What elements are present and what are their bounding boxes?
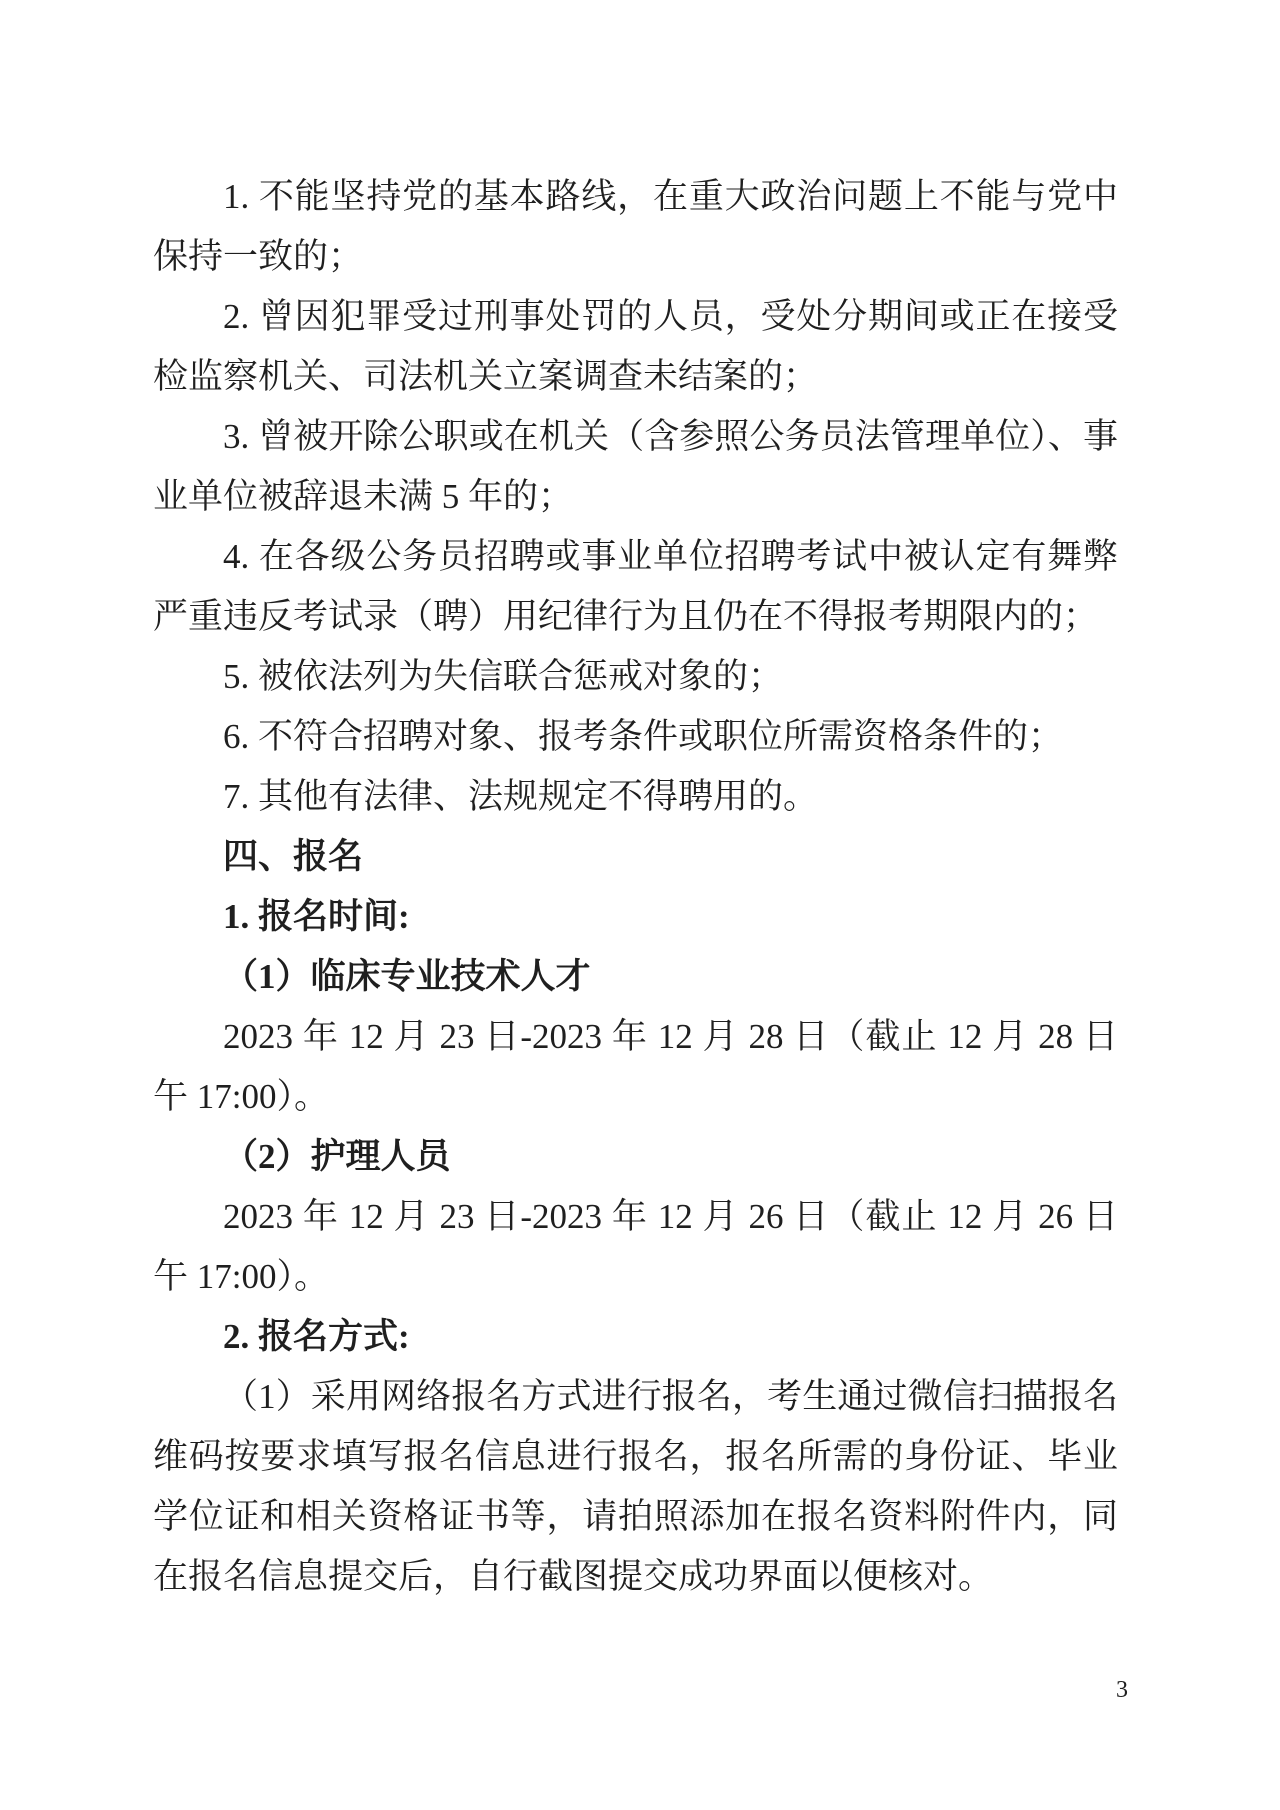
text-line: 学位证和相关资格证书等，请拍照添加在报名资料附件内，同时 [153,1487,1118,1547]
text-line: 维码按要求填写报名信息进行报名，报名所需的身份证、毕业证、 [153,1427,1118,1487]
text-line: 1. 不能坚持党的基本路线，在重大政治问题上不能与党中央 [153,167,1118,227]
page-number: 3 [1100,1677,1144,1704]
text-line: 午 17:00）。 [153,1247,1118,1307]
text-line: 在报名信息提交后，自行截图提交成功界面以便核对。 [153,1547,1118,1607]
text-line: 1. 报名时间: [153,887,1118,947]
text-line: 2023 年 12 月 23 日-2023 年 12 月 26 日（截止 12 … [153,1187,1118,1247]
text-line: 检监察机关、司法机关立案调查未结案的； [153,347,1118,407]
text-line: （1）临床专业技术人才 [153,947,1118,1007]
text-line: 7. 其他有法律、法规规定不得聘用的。 [153,767,1118,827]
text-line: 2. 报名方式: [153,1307,1118,1367]
text-line: 午 17:00）。 [153,1067,1118,1127]
text-line: 保持一致的； [153,227,1118,287]
document-page: 1. 不能坚持党的基本路线，在重大政治问题上不能与党中央保持一致的；2. 曾因犯… [0,0,1280,1810]
text-line: （1）采用网络报名方式进行报名，考生通过微信扫描报名二 [153,1367,1118,1427]
text-line: 四、报名 [153,827,1118,887]
text-line: 5. 被依法列为失信联合惩戒对象的； [153,647,1118,707]
text-line: 6. 不符合招聘对象、报考条件或职位所需资格条件的； [153,707,1118,767]
text-line: 4. 在各级公务员招聘或事业单位招聘考试中被认定有舞弊等 [153,527,1118,587]
text-line: 业单位被辞退未满 5 年的； [153,467,1118,527]
text-line: （2）护理人员 [153,1127,1118,1187]
text-line: 3. 曾被开除公职或在机关（含参照公务员法管理单位）、事 [153,407,1118,467]
text-line: 2023 年 12 月 23 日-2023 年 12 月 28 日（截止 12 … [153,1007,1118,1067]
text-line: 2. 曾因犯罪受过刑事处罚的人员，受处分期间或正在接受纪 [153,287,1118,347]
text-line: 严重违反考试录（聘）用纪律行为且仍在不得报考期限内的； [153,587,1118,647]
document-body: 1. 不能坚持党的基本路线，在重大政治问题上不能与党中央保持一致的；2. 曾因犯… [153,167,1118,1607]
